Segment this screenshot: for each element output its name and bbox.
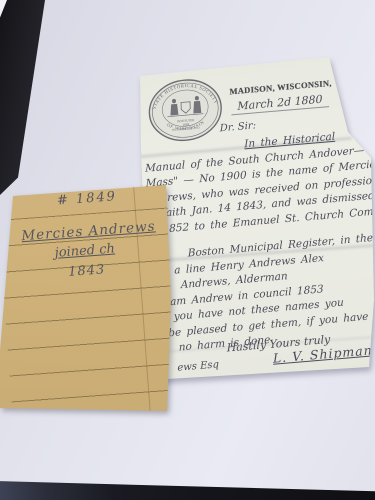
note-document: # 1849 Mercies Andrews joined ch 1843 (0, 0, 375, 500)
note-content: # 1849 Mercies Andrews joined ch 1843 (0, 175, 218, 429)
photo-background: STATE HISTORICAL SOCIETY OF WISCONSIN IN… (0, 0, 375, 500)
note-paper: # 1849 Mercies Andrews joined ch 1843 (0, 0, 375, 500)
note-number: # 1849 (56, 189, 117, 208)
note-year: 1843 (68, 262, 106, 280)
